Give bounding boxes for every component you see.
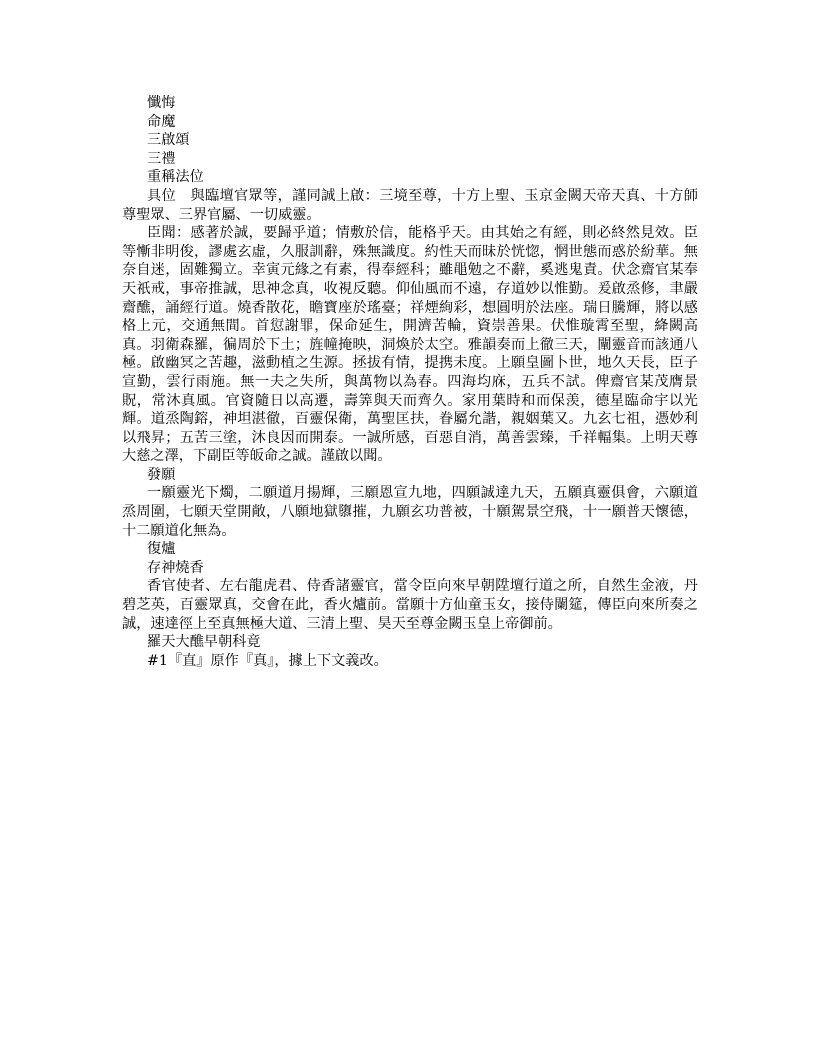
heading-fulu: 復爐	[122, 540, 698, 559]
closing-line: 羅天大醮早朝科竟	[122, 633, 698, 652]
heading-chanhui: 懺悔	[122, 94, 698, 113]
heading-sanqisong: 三啟頌	[122, 131, 698, 150]
document-page: 懺悔 命魔 三啟頌 三禮 重稱法位 具位 與臨壇官眾等，謹同誠上啟：三境至尊，十…	[122, 94, 698, 670]
paragraph-fayuan: 一願靈光下燭，二願道月揚輝，三願恩宣九地，四願誠達九天，五願真靈俱會，六願道烝周…	[122, 484, 698, 540]
heading-fayuan: 發願	[122, 466, 698, 485]
heading-cunshen: 存神燒香	[122, 559, 698, 578]
heading-chongchengfawei: 重稱法位	[122, 168, 698, 187]
paragraph-juwei: 具位 與臨壇官眾等，謹同誠上啟：三境至尊，十方上聖、玉京金闕天帝天真、十方師尊聖…	[122, 187, 698, 224]
footnote: #1『直』原作『真』，據上下文義改。	[122, 652, 698, 671]
paragraph-chenwen: 臣聞：感著於誠，要歸乎道；情敷於信，能格乎天。由其始之有經，則必終然見效。臣等慚…	[122, 224, 698, 466]
paragraph-cunshen: 香官使者、左右龍虎君、侍香諸靈官，當令臣向來早朝陞壇行道之所，自然生金液，丹碧芝…	[122, 577, 698, 633]
heading-sanli: 三禮	[122, 150, 698, 169]
heading-mingmo: 命魔	[122, 113, 698, 132]
